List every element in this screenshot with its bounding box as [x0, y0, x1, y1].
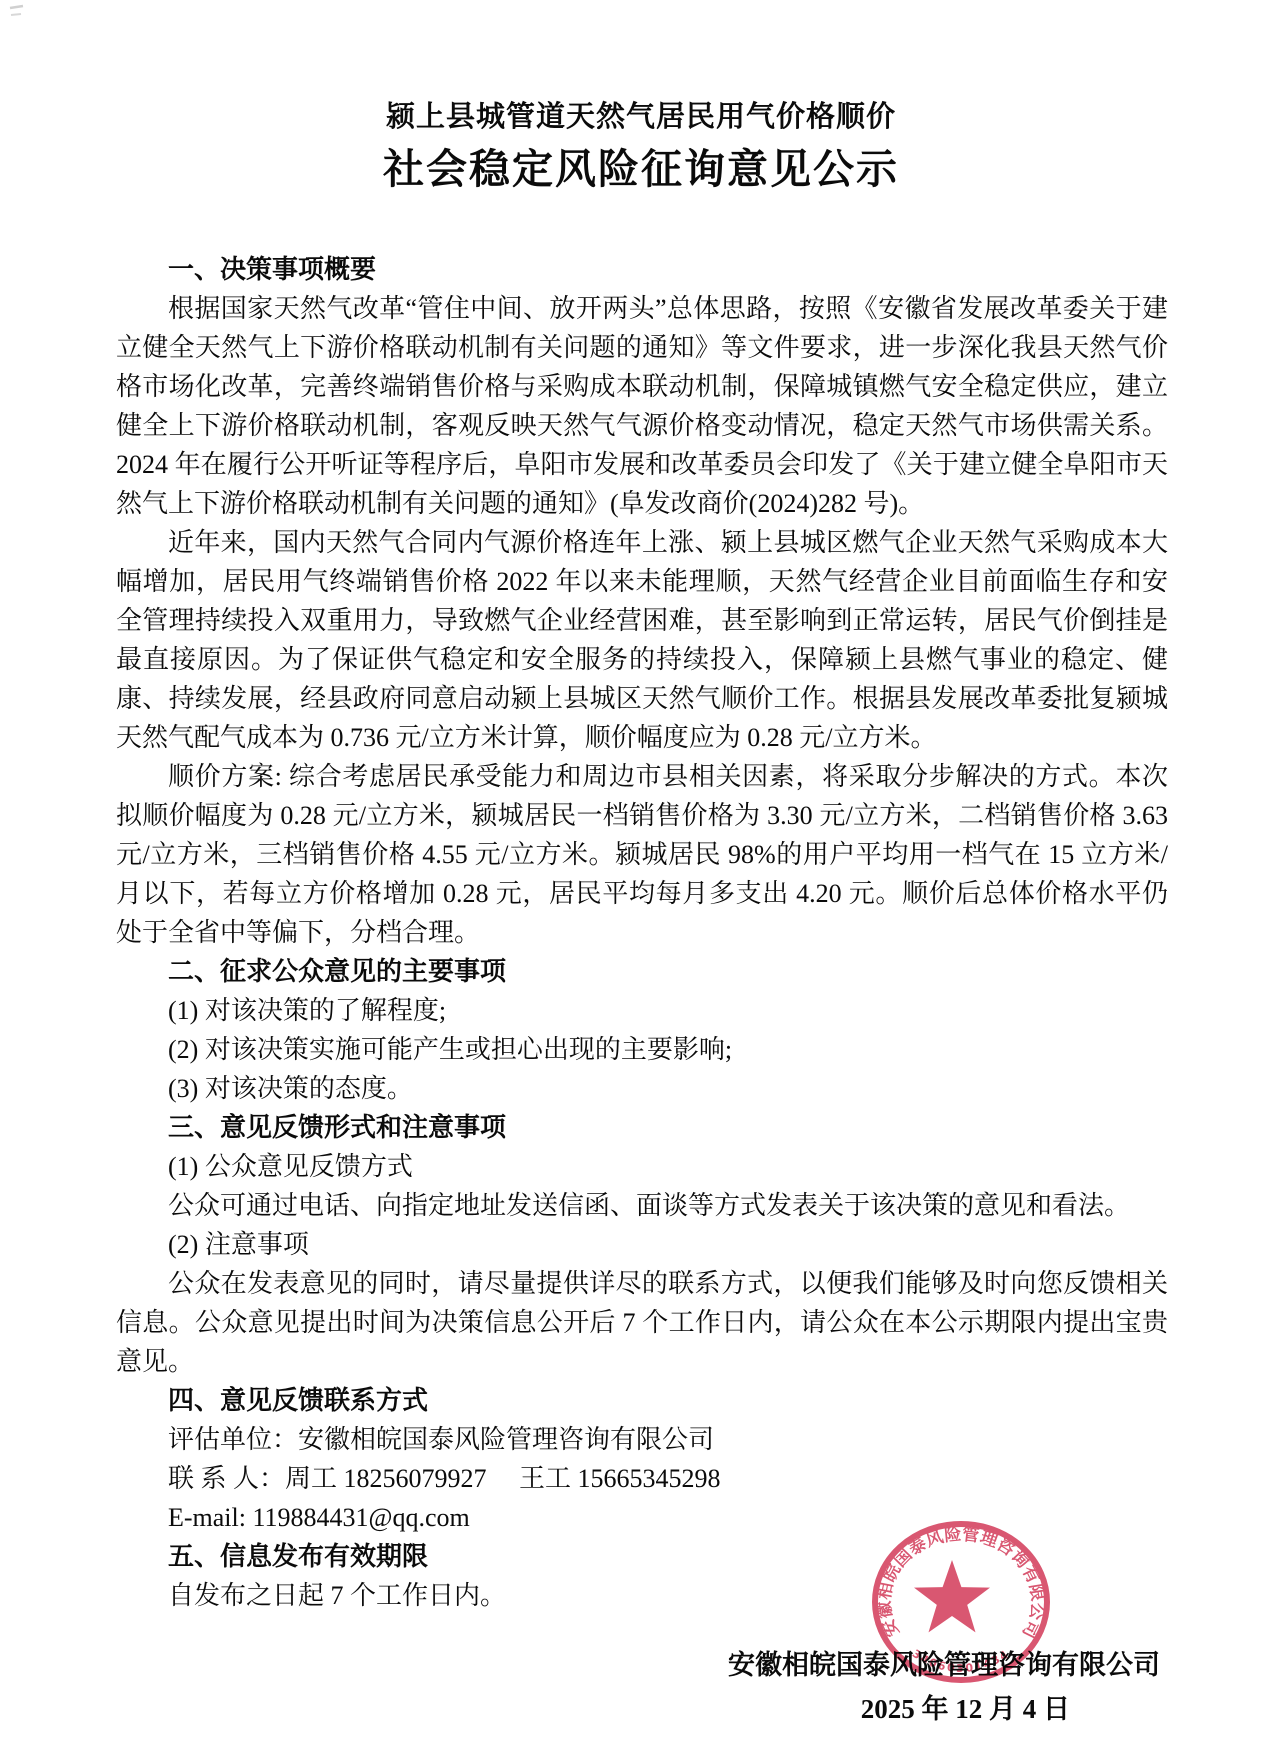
contact-line: 评估单位：安徽相皖国泰风险管理咨询有限公司	[116, 1420, 1168, 1459]
signature-date: 2025 年 12 月 4 日	[0, 1689, 1282, 1729]
document-title-line1: 颍上县城管道天然气居民用气价格顺价	[0, 0, 1282, 140]
paragraph: 根据国家天然气改革“管住中间、放开两头”总体思路，按照《安徽省发展改革委关于建立…	[116, 289, 1168, 523]
list-item: (1) 公众意见反馈方式	[116, 1147, 1168, 1186]
paragraph: 公众在发表意见的同时，请尽量提供详尽的联系方式，以便我们能够及时向您反馈相关信息…	[116, 1264, 1168, 1381]
document-body: 一、决策事项概要 根据国家天然气改革“管住中间、放开两头”总体思路，按照《安徽省…	[0, 250, 1282, 1615]
company-seal: 安徽相皖国泰风险管理咨询有限公司 34060301434	[866, 1517, 1056, 1687]
section-heading: 一、决策事项概要	[116, 250, 1168, 289]
scan-artifact	[7, 3, 41, 21]
signature-company: 安徽相皖国泰风险管理咨询有限公司	[0, 1645, 1282, 1685]
list-item: (1) 对该决策的了解程度;	[116, 991, 1168, 1030]
list-item: (2) 对该决策实施可能产生或担心出现的主要影响;	[116, 1030, 1168, 1069]
seal-arc-text: 安徽相皖国泰风险管理咨询有限公司	[873, 1524, 1047, 1642]
section-heading: 二、征求公众意见的主要事项	[116, 952, 1168, 991]
section-heading: 三、意见反馈形式和注意事项	[116, 1108, 1168, 1147]
list-item: (2) 注意事项	[116, 1225, 1168, 1264]
section-heading: 四、意见反馈联系方式	[116, 1381, 1168, 1420]
contact-line: 联 系 人：周工 18256079927 王工 15665345298	[116, 1459, 1168, 1498]
list-item: 公众可通过电话、向指定地址发送信函、面谈等方式发表关于该决策的意见和看法。	[116, 1186, 1168, 1225]
seal-arc-text-holder: 安徽相皖国泰风险管理咨询有限公司	[873, 1524, 1047, 1642]
document-page: 颍上县城管道天然气居民用气价格顺价 社会稳定风险征询意见公示 一、决策事项概要 …	[0, 0, 1282, 1744]
list-item: (3) 对该决策的态度。	[116, 1069, 1168, 1108]
document-title-line2: 社会稳定风险征询意见公示	[0, 140, 1282, 198]
paragraph: 顺价方案: 综合考虑居民承受能力和周边市县相关因素，将采取分步解决的方式。本次拟…	[116, 757, 1168, 952]
star-icon	[914, 1560, 990, 1632]
paragraph: 近年来，国内天然气合同内气源价格连年上涨、颍上县城区燃气企业天然气采购成本大幅增…	[116, 523, 1168, 757]
